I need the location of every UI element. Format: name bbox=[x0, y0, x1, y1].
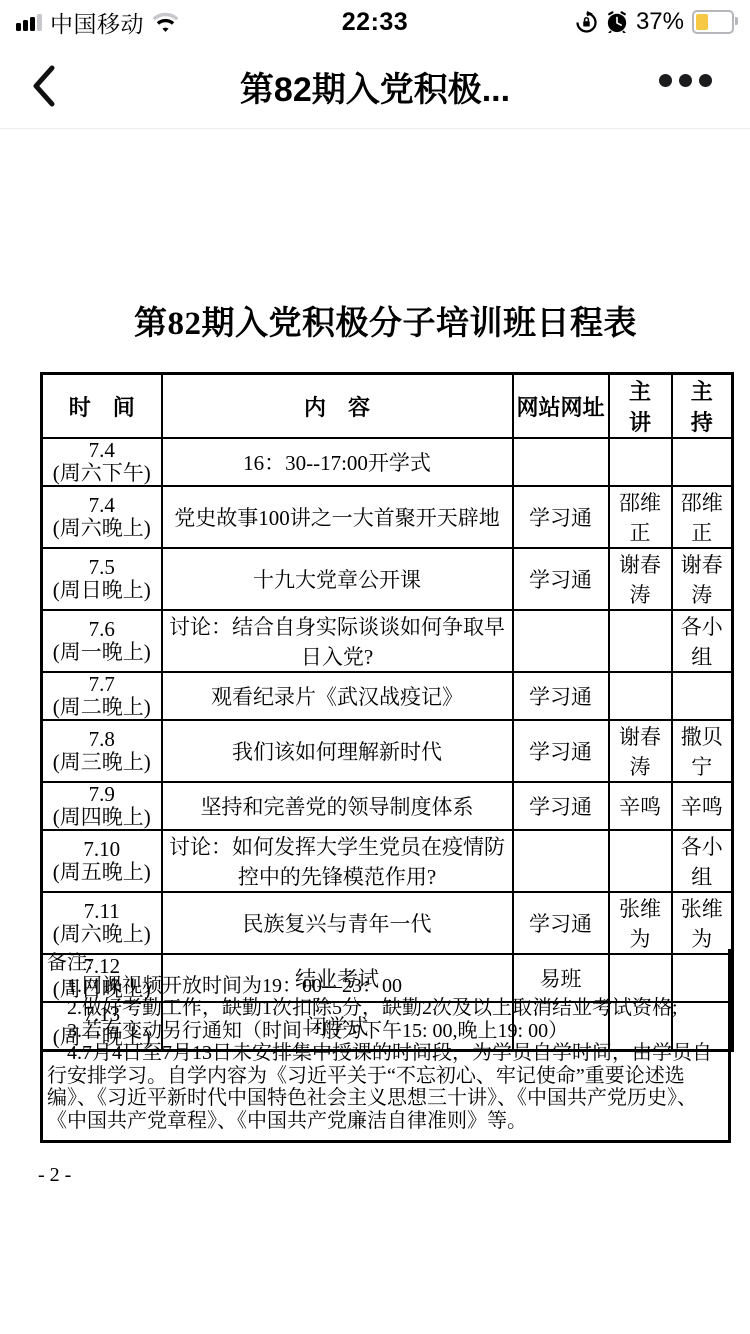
date-label: 7.10 bbox=[45, 838, 159, 861]
time-cell: 7.11(周六晚上) bbox=[42, 892, 162, 954]
speaker-cell: 谢春涛 bbox=[609, 720, 672, 782]
site-cell: 学习通 bbox=[513, 486, 609, 548]
content-cell: 坚持和完善党的领导制度体系 bbox=[162, 782, 513, 830]
notes-section: 备注: 1.网课视频开放时间为19：00—23：002.做好考勤工作，缺勤1次扣… bbox=[40, 949, 731, 1143]
speaker-cell bbox=[609, 672, 672, 720]
site-cell: 学习通 bbox=[513, 672, 609, 720]
wifi-icon bbox=[152, 12, 179, 32]
content-cell: 16：30--17:00开学式 bbox=[162, 438, 513, 486]
cellular-signal-icon bbox=[16, 13, 42, 31]
table-row: 7.9(周四晚上)坚持和完善党的领导制度体系学习通辛鸣辛鸣 bbox=[42, 782, 733, 830]
content-cell: 观看纪录片《武汉战疫记》 bbox=[162, 672, 513, 720]
date-label: 7.8 bbox=[45, 728, 159, 751]
status-time: 22:33 bbox=[342, 8, 408, 37]
time-cell: 7.4(周六下午) bbox=[42, 438, 162, 486]
host-cell: 张维为 bbox=[672, 892, 733, 954]
speaker-cell bbox=[609, 830, 672, 892]
carrier-label: 中国移动 bbox=[50, 6, 144, 39]
host-cell bbox=[672, 672, 733, 720]
notes-list: 1.网课视频开放时间为19：00—23：002.做好考勤工作，缺勤1次扣除5分，… bbox=[47, 975, 724, 1133]
speaker-cell bbox=[609, 438, 672, 486]
chevron-left-icon bbox=[31, 64, 57, 108]
date-label: 7.7 bbox=[45, 673, 159, 696]
status-right-cluster: 37% bbox=[575, 8, 734, 36]
note-line: 4.7月4日至7月13日未安排集中授课的时间段，为学员自学时间，由学员自行安排学… bbox=[47, 1042, 724, 1132]
host-cell: 谢春涛 bbox=[672, 548, 733, 610]
status-bar: 中国移动 22:33 37% bbox=[0, 0, 750, 44]
site-cell bbox=[513, 438, 609, 486]
table-row: 7.6(周一晚上)讨论：结合自身实际谈谈如何争取早日入党?各小组 bbox=[42, 610, 733, 672]
orientation-lock-icon bbox=[575, 11, 598, 34]
weekday-label: (周六晚上) bbox=[45, 517, 159, 540]
weekday-label: (周四晚上) bbox=[45, 806, 159, 829]
date-label: 7.6 bbox=[45, 618, 159, 641]
time-cell: 7.6(周一晚上) bbox=[42, 610, 162, 672]
site-cell bbox=[513, 610, 609, 672]
date-label: 7.11 bbox=[45, 900, 159, 923]
ellipsis-icon bbox=[659, 74, 712, 87]
host-cell bbox=[672, 438, 733, 486]
content-cell: 民族复兴与青年一代 bbox=[162, 892, 513, 954]
site-cell: 学习通 bbox=[513, 720, 609, 782]
header-speaker: 主 讲 bbox=[609, 374, 672, 439]
host-cell: 邵维正 bbox=[672, 486, 733, 548]
host-cell: 撒贝宁 bbox=[672, 720, 733, 782]
battery-icon bbox=[692, 10, 734, 34]
speaker-cell: 谢春涛 bbox=[609, 548, 672, 610]
time-cell: 7.5(周日晚上) bbox=[42, 548, 162, 610]
document-view[interactable]: 第82期入党积极分子培训班日程表 时 间 内 容 网站网址 主 讲 主 持 7.… bbox=[0, 129, 750, 1334]
phone-screen: 中国移动 22:33 37% bbox=[0, 0, 750, 1334]
weekday-label: (周二晚上) bbox=[45, 696, 159, 719]
site-cell: 学习通 bbox=[513, 892, 609, 954]
more-button[interactable] bbox=[659, 70, 712, 91]
content-cell: 讨论：结合自身实际谈谈如何争取早日入党? bbox=[162, 610, 513, 672]
table-header-row: 时 间 内 容 网站网址 主 讲 主 持 bbox=[42, 374, 733, 439]
speaker-cell: 邵维正 bbox=[609, 486, 672, 548]
time-cell: 7.7(周二晚上) bbox=[42, 672, 162, 720]
time-cell: 7.8(周三晚上) bbox=[42, 720, 162, 782]
table-row: 7.8(周三晚上)我们该如何理解新时代学习通谢春涛撒贝宁 bbox=[42, 720, 733, 782]
table-row: 7.10(周五晚上)讨论：如何发挥大学生党员在疫情防控中的先锋模范作用?各小组 bbox=[42, 830, 733, 892]
note-line: 3.若有变动另行通知（时间一般为下午15: 00,晚上19: 00） bbox=[47, 1020, 724, 1043]
speaker-cell: 张维为 bbox=[609, 892, 672, 954]
weekday-label: (周三晚上) bbox=[45, 751, 159, 774]
weekday-label: (周六晚上) bbox=[45, 923, 159, 946]
table-row: 7.4(周六晚上)党史故事100讲之一大首聚开天辟地学习通邵维正邵维正 bbox=[42, 486, 733, 548]
date-label: 7.4 bbox=[45, 439, 159, 462]
content-cell: 我们该如何理解新时代 bbox=[162, 720, 513, 782]
table-row: 7.5(周日晚上)十九大党章公开课学习通谢春涛谢春涛 bbox=[42, 548, 733, 610]
speaker-cell bbox=[609, 610, 672, 672]
weekday-label: (周日晚上) bbox=[45, 579, 159, 602]
host-cell: 各小组 bbox=[672, 610, 733, 672]
header-time: 时 间 bbox=[42, 374, 162, 439]
table-row: 7.11(周六晚上)民族复兴与青年一代学习通张维为张维为 bbox=[42, 892, 733, 954]
time-cell: 7.4(周六晚上) bbox=[42, 486, 162, 548]
content-cell: 党史故事100讲之一大首聚开天辟地 bbox=[162, 486, 513, 548]
header-content: 内 容 bbox=[162, 374, 513, 439]
weekday-label: (周五晚上) bbox=[45, 861, 159, 884]
nav-title: 第82期入党积极... bbox=[240, 62, 510, 111]
host-cell: 辛鸣 bbox=[672, 782, 733, 830]
time-cell: 7.9(周四晚上) bbox=[42, 782, 162, 830]
weekday-label: (周六下午) bbox=[45, 462, 159, 485]
header-site: 网站网址 bbox=[513, 374, 609, 439]
table-row: 7.4(周六下午)16：30--17:00开学式 bbox=[42, 438, 733, 486]
site-cell: 学习通 bbox=[513, 548, 609, 610]
battery-percent-label: 37% bbox=[636, 8, 684, 36]
note-line: 1.网课视频开放时间为19：00—23：00 bbox=[47, 975, 724, 998]
weekday-label: (周一晚上) bbox=[45, 641, 159, 664]
date-label: 7.9 bbox=[45, 783, 159, 806]
back-button[interactable] bbox=[18, 58, 70, 114]
page-number: - 2 - bbox=[38, 1164, 71, 1187]
alarm-icon bbox=[606, 11, 628, 33]
host-cell: 各小组 bbox=[672, 830, 733, 892]
table-row: 7.7(周二晚上)观看纪录片《武汉战疫记》学习通 bbox=[42, 672, 733, 720]
status-left-cluster: 中国移动 bbox=[16, 6, 179, 39]
speaker-cell: 辛鸣 bbox=[609, 782, 672, 830]
note-line: 2.做好考勤工作，缺勤1次扣除5分，缺勤2次及以上取消结业考试资格; bbox=[47, 997, 724, 1020]
date-label: 7.5 bbox=[45, 556, 159, 579]
time-cell: 7.10(周五晚上) bbox=[42, 830, 162, 892]
notes-label: 备注: bbox=[47, 952, 724, 975]
content-cell: 讨论：如何发挥大学生党员在疫情防控中的先锋模范作用? bbox=[162, 830, 513, 892]
date-label: 7.4 bbox=[45, 494, 159, 517]
nav-bar: 第82期入党积极... bbox=[0, 44, 750, 129]
content-cell: 十九大党章公开课 bbox=[162, 548, 513, 610]
header-host: 主 持 bbox=[672, 374, 733, 439]
site-cell bbox=[513, 830, 609, 892]
document-title: 第82期入党积极分子培训班日程表 bbox=[40, 297, 731, 344]
site-cell: 学习通 bbox=[513, 782, 609, 830]
